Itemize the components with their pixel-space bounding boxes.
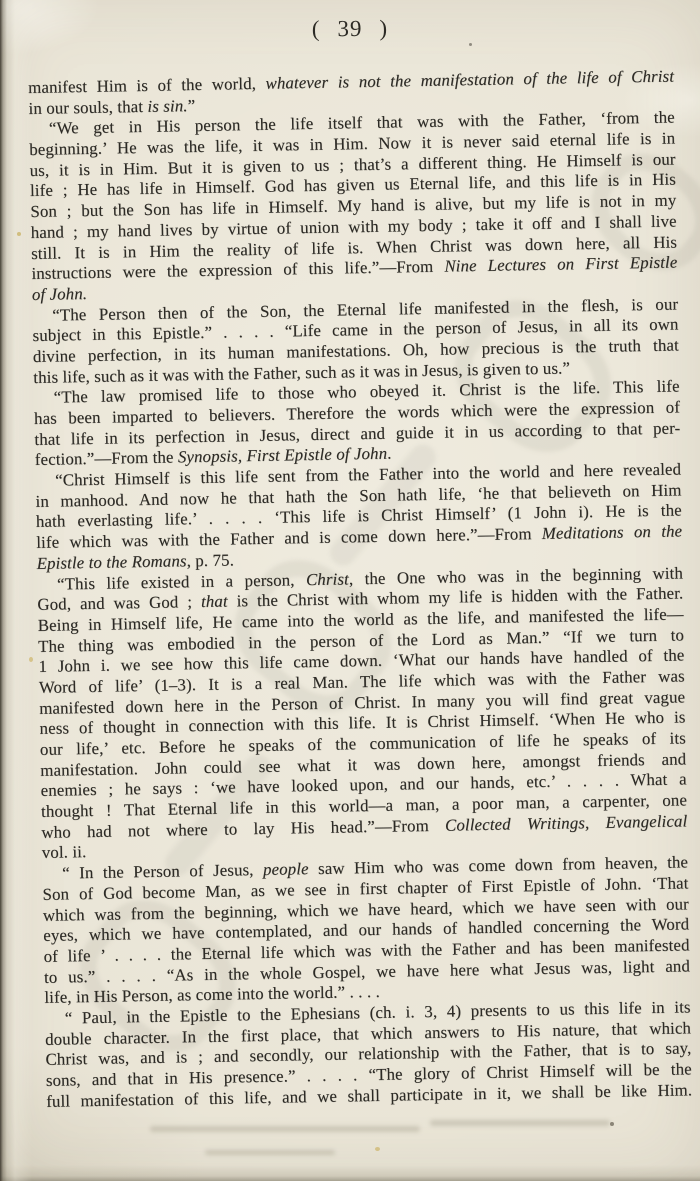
paper-speck — [469, 43, 472, 46]
paragraph: “We get in His person the life itself th… — [29, 108, 678, 306]
show-through-text — [205, 1150, 335, 1155]
paragraph: “Christ Himself is this life sent from t… — [35, 460, 683, 575]
paren-close: ) — [379, 16, 388, 41]
paragraph: “The law promised life to those who obey… — [34, 377, 681, 471]
page-number: 39 — [337, 16, 362, 41]
paper-speck — [375, 1147, 380, 1151]
show-through-text — [150, 1126, 420, 1132]
paper-speck — [29, 657, 33, 662]
body-text: manifest Him is of the world, whatever i… — [28, 67, 692, 1113]
paragraph: “This life existed in a person, Christ, … — [37, 563, 688, 864]
paragraph: “ Paul, in the Epistle to the Ephesians … — [45, 997, 693, 1112]
book-page: (39) manifest Him is of the world, whate… — [0, 0, 700, 1181]
paragraph: “The Person then of the Son, the Eternal… — [32, 294, 679, 388]
paren-open: ( — [312, 16, 321, 41]
paper-speck — [17, 232, 21, 236]
paper-speck — [610, 1122, 614, 1126]
show-through-text — [430, 1120, 610, 1126]
page-header: (39) — [0, 14, 700, 45]
paragraph: “ In the Person of Jesus, people saw Him… — [42, 853, 690, 1009]
